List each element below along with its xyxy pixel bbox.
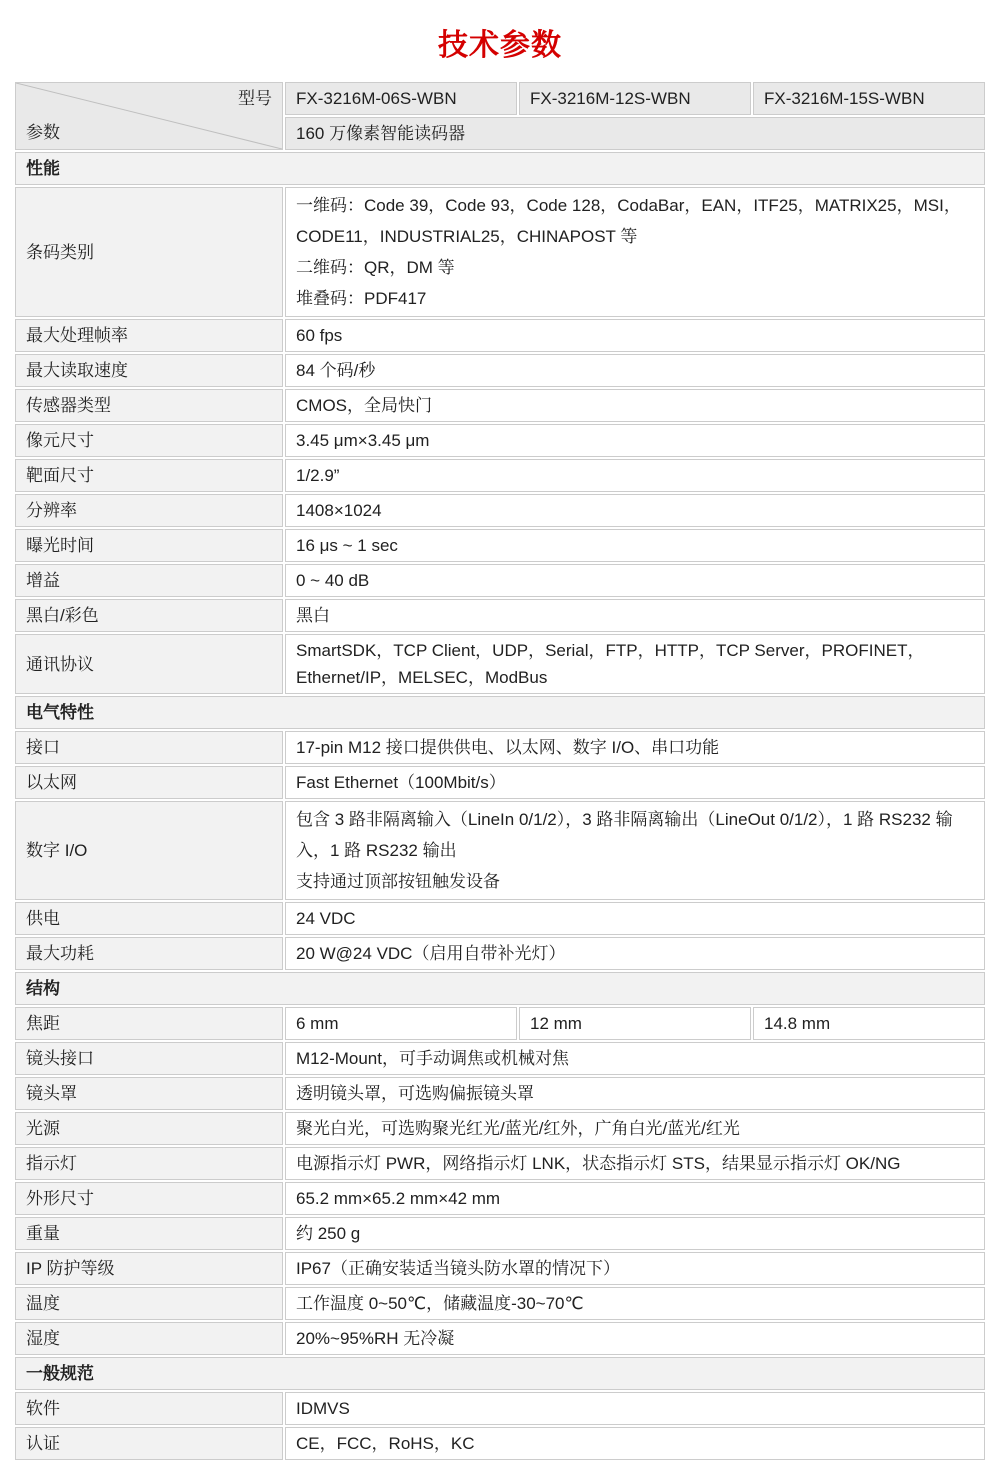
row-value: 透明镜头罩，可选购偏振镜头罩 — [285, 1077, 985, 1110]
row-value: 一维码：Code 39，Code 93，Code 128，CodaBar，EAN… — [285, 187, 985, 317]
table-row: 通讯协议SmartSDK，TCP Client，UDP，Serial，FTP，H… — [15, 634, 985, 694]
row-label: 通讯协议 — [15, 634, 283, 694]
row-label: 黑白/彩色 — [15, 599, 283, 632]
row-value: 20 W@24 VDC（启用自带补光灯） — [285, 937, 985, 970]
row-value: 3.45 μm×3.45 μm — [285, 424, 985, 457]
row-label: 镜头接口 — [15, 1042, 283, 1075]
table-row: 最大读取速度84 个码/秒 — [15, 354, 985, 387]
row-label: 最大处理帧率 — [15, 319, 283, 352]
table-row: 认证CE，FCC，RoHS，KC — [15, 1427, 985, 1460]
table-row: 镜头接口M12-Mount，可手动调焦或机械对焦 — [15, 1042, 985, 1075]
section-row: 一般规范 — [15, 1357, 985, 1390]
section-row: 电气特性 — [15, 696, 985, 729]
row-value-col2: 12 mm — [519, 1007, 751, 1040]
row-label: 重量 — [15, 1217, 283, 1250]
row-value: IP67（正确安装适当镜头防水罩的情况下） — [285, 1252, 985, 1285]
corner-label-param: 参数 — [26, 119, 60, 146]
row-value: 60 fps — [285, 319, 985, 352]
row-label: 最大功耗 — [15, 937, 283, 970]
table-row: 接口17-pin M12 接口提供供电、以太网、数字 I/O、串口功能 — [15, 731, 985, 764]
row-value-line: 一维码：Code 39，Code 93，Code 128，CodaBar，EAN… — [296, 190, 974, 252]
row-value: 黑白 — [285, 599, 985, 632]
row-label: 接口 — [15, 731, 283, 764]
table-row: 指示灯电源指示灯 PWR，网络指示灯 LNK，状态指示灯 STS，结果显示指示灯… — [15, 1147, 985, 1180]
row-label: 数字 I/O — [15, 801, 283, 900]
row-value: CMOS，全局快门 — [285, 389, 985, 422]
section-header: 结构 — [15, 972, 985, 1005]
row-label: 像元尺寸 — [15, 424, 283, 457]
section-header: 一般规范 — [15, 1357, 985, 1390]
row-value: 包含 3 路非隔离输入（LineIn 0/1/2），3 路非隔离输出（LineO… — [285, 801, 985, 900]
spec-table-body: 性能条码类别一维码：Code 39，Code 93，Code 128，CodaB… — [15, 152, 985, 1460]
table-row: 湿度20%~95%RH 无冷凝 — [15, 1322, 985, 1355]
row-label: 镜头罩 — [15, 1077, 283, 1110]
product-subtitle: 160 万像素智能读码器 — [285, 117, 985, 150]
table-row: 曝光时间16 μs ~ 1 sec — [15, 529, 985, 562]
row-value: 约 250 g — [285, 1217, 985, 1250]
row-label: 增益 — [15, 564, 283, 597]
row-label: 温度 — [15, 1287, 283, 1320]
row-value: IDMVS — [285, 1392, 985, 1425]
table-row: 最大功耗20 W@24 VDC（启用自带补光灯） — [15, 937, 985, 970]
table-row: 镜头罩透明镜头罩，可选购偏振镜头罩 — [15, 1077, 985, 1110]
spec-table: 型号 参数 FX-3216M-06S-WBN FX-3216M-12S-WBN … — [13, 80, 987, 1462]
row-label: 曝光时间 — [15, 529, 283, 562]
row-label: 最大读取速度 — [15, 354, 283, 387]
table-row: 数字 I/O包含 3 路非隔离输入（LineIn 0/1/2），3 路非隔离输出… — [15, 801, 985, 900]
table-row: 最大处理帧率60 fps — [15, 319, 985, 352]
row-value: 16 μs ~ 1 sec — [285, 529, 985, 562]
section-header: 电气特性 — [15, 696, 985, 729]
table-row: 传感器类型CMOS，全局快门 — [15, 389, 985, 422]
model-column-header-3: FX-3216M-15S-WBN — [753, 82, 985, 115]
table-row: 供电24 VDC — [15, 902, 985, 935]
row-value: CE，FCC，RoHS，KC — [285, 1427, 985, 1460]
row-value: 1/2.9” — [285, 459, 985, 492]
table-row: 条码类别一维码：Code 39，Code 93，Code 128，CodaBar… — [15, 187, 985, 317]
row-label: 认证 — [15, 1427, 283, 1460]
row-value-line: 包含 3 路非隔离输入（LineIn 0/1/2），3 路非隔离输出（LineO… — [296, 804, 974, 866]
table-row: 以太网Fast Ethernet（100Mbit/s） — [15, 766, 985, 799]
row-value: 17-pin M12 接口提供供电、以太网、数字 I/O、串口功能 — [285, 731, 985, 764]
table-row: 像元尺寸3.45 μm×3.45 μm — [15, 424, 985, 457]
row-label: 光源 — [15, 1112, 283, 1145]
row-value: 电源指示灯 PWR，网络指示灯 LNK，状态指示灯 STS，结果显示指示灯 OK… — [285, 1147, 985, 1180]
row-value: Fast Ethernet（100Mbit/s） — [285, 766, 985, 799]
table-row: 光源聚光白光，可选购聚光红光/蓝光/红外，广角白光/蓝光/红光 — [15, 1112, 985, 1145]
row-label: 指示灯 — [15, 1147, 283, 1180]
table-row: 黑白/彩色黑白 — [15, 599, 985, 632]
row-value-col1: 6 mm — [285, 1007, 517, 1040]
model-column-header-1: FX-3216M-06S-WBN — [285, 82, 517, 115]
row-label: 传感器类型 — [15, 389, 283, 422]
row-value: 65.2 mm×65.2 mm×42 mm — [285, 1182, 985, 1215]
row-label: 外形尺寸 — [15, 1182, 283, 1215]
row-label: 靶面尺寸 — [15, 459, 283, 492]
table-row: 分辨率1408×1024 — [15, 494, 985, 527]
row-value-line: 支持通过顶部按钮触发设备 — [296, 866, 974, 897]
row-label: 以太网 — [15, 766, 283, 799]
row-label: 湿度 — [15, 1322, 283, 1355]
row-value: M12-Mount，可手动调焦或机械对焦 — [285, 1042, 985, 1075]
model-column-header-2: FX-3216M-12S-WBN — [519, 82, 751, 115]
row-value-line: 二维码：QR，DM 等 — [296, 252, 974, 283]
table-row: 温度工作温度 0~50℃，储藏温度-30~70℃ — [15, 1287, 985, 1320]
model-header-row: 型号 参数 FX-3216M-06S-WBN FX-3216M-12S-WBN … — [15, 82, 985, 115]
row-label: 软件 — [15, 1392, 283, 1425]
row-value: 24 VDC — [285, 902, 985, 935]
row-value: 20%~95%RH 无冷凝 — [285, 1322, 985, 1355]
table-row: 重量约 250 g — [15, 1217, 985, 1250]
row-label: 供电 — [15, 902, 283, 935]
table-row: IP 防护等级IP67（正确安装适当镜头防水罩的情况下） — [15, 1252, 985, 1285]
row-value: SmartSDK，TCP Client，UDP，Serial，FTP，HTTP，… — [285, 634, 985, 694]
corner-label-model: 型号 — [238, 85, 272, 112]
row-label: 焦距 — [15, 1007, 283, 1040]
page-title: 技术参数 — [0, 20, 1000, 64]
row-label: 分辨率 — [15, 494, 283, 527]
table-row: 软件IDMVS — [15, 1392, 985, 1425]
section-row: 性能 — [15, 152, 985, 185]
section-row: 结构 — [15, 972, 985, 1005]
row-value: 聚光白光，可选购聚光红光/蓝光/红外，广角白光/蓝光/红光 — [285, 1112, 985, 1145]
spec-sheet-page: 技术参数 型号 参数 FX-3216M-06S-WBN FX-3216M-12S… — [0, 0, 1000, 1462]
row-value-line: 堆叠码：PDF417 — [296, 283, 974, 314]
table-row: 外形尺寸65.2 mm×65.2 mm×42 mm — [15, 1182, 985, 1215]
row-value: 0 ~ 40 dB — [285, 564, 985, 597]
row-value: 工作温度 0~50℃，储藏温度-30~70℃ — [285, 1287, 985, 1320]
table-row: 增益0 ~ 40 dB — [15, 564, 985, 597]
section-header: 性能 — [15, 152, 985, 185]
row-label: IP 防护等级 — [15, 1252, 283, 1285]
corner-cell: 型号 参数 — [15, 82, 283, 150]
row-value-col3: 14.8 mm — [753, 1007, 985, 1040]
row-label: 条码类别 — [15, 187, 283, 317]
row-value: 84 个码/秒 — [285, 354, 985, 387]
table-row: 靶面尺寸1/2.9” — [15, 459, 985, 492]
table-row: 焦距6 mm12 mm14.8 mm — [15, 1007, 985, 1040]
row-value: 1408×1024 — [285, 494, 985, 527]
